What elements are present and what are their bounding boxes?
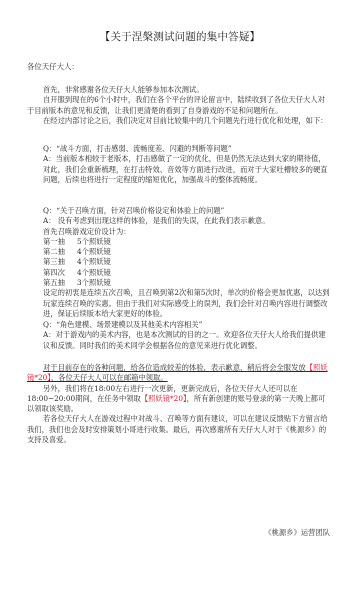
document-page: 【关于涅槃测试问题的集中答疑】 各位天仔大人： 首先，非常感谢各位天仔大人能够参… [0, 0, 360, 591]
question: Q：“战斗方面，打击感弱、流畅度差、闪避的判断等问题” [43, 144, 331, 154]
pricing-followup: 设定的初衷是连续五次召唤，且召唤到第2次和第5次时，单次的价格会更加优惠，以达到… [43, 288, 331, 319]
answer: A：对于游戏内的美术内容，也是本次测试的目的之一。欢迎各位天仔大人给我们提供建议… [43, 330, 331, 351]
pricing-row: 第一抽5个照妖镜 [43, 237, 331, 247]
qa-combat: Q：“战斗方面，打击感弱、流畅度差、闪避的判断等问题” A：当前版本相较于老版本… [43, 144, 331, 185]
reward-highlight: 【照妖镜*20】 [141, 394, 187, 403]
pricing-row: 第三抽4个照妖镜 [43, 257, 331, 267]
intro-section: 首先，非常感谢各位天仔大人能够参加本次测试。 自开服到现在的6个小时中，我们在各… [27, 85, 331, 126]
page-title: 【关于涅槃测试问题的集中答疑】 [0, 29, 360, 44]
question: Q：“角色建模、场景建模以及其他美术内容相关” [43, 320, 331, 330]
update-notice: 另外，我们将在18:00左右进行一次更新，更新完成后，各位天仔大人还可以在18:… [27, 384, 331, 415]
qa-art: Q：“角色建模、场景建模以及其他美术内容相关” A：对于游戏内的美术内容，也是本… [43, 320, 331, 351]
closing-paragraph: 若各位天仔大人在游戏过程中对战斗、召唤等方面有建议，可以在建议反馈贴下方留言给我… [27, 414, 331, 445]
question: Q：“关于召唤方面，针对召唤价格设定和体验上的问题” [43, 206, 331, 216]
answer: A：当前版本相较于老版本，打击感做了一定的优化，但是仍然无法达到大家的期待值，对… [43, 154, 331, 185]
pricing-row: 第四次4个照妖镜 [43, 268, 331, 278]
greeting: 各位天仔大人： [27, 61, 79, 72]
signature: 《桃源乡》运营团队 [264, 528, 330, 538]
intro-paragraph: 在经过内部讨论之后，我们决定对目前比较集中的几个问题先行进行优化和处理，如下： [27, 116, 331, 126]
intro-paragraph: 首先，非常感谢各位天仔大人能够参加本次测试。 [27, 85, 331, 95]
qa-summon: Q：“关于召唤方面，针对召唤价格设定和体验上的问题” A： 没有考虑到出现这样的… [43, 206, 331, 319]
intro-paragraph: 自开服到现在的6个小时中，我们在各个平台的评论留言中，陆续收到了各位天仔大人对于… [27, 95, 331, 116]
pricing-intro: 首先召唤游戏定价设计为： [43, 227, 331, 237]
pricing-row: 第二抽4个照妖镜 [43, 247, 331, 257]
closing-section: 对于目前存在的各种问题，给各位造成较差的体验，表示歉意，稍后将会全服发放【照妖镜… [27, 363, 331, 445]
compensation-notice: 对于目前存在的各种问题，给各位造成较差的体验，表示歉意，稍后将会全服发放【照妖镜… [27, 363, 331, 384]
pricing-row: 第五抽3个照妖镜 [43, 278, 331, 288]
answer: A： 没有考虑到出现这样的体验，是我们的失误，在此我们表示歉意。 [43, 216, 331, 226]
